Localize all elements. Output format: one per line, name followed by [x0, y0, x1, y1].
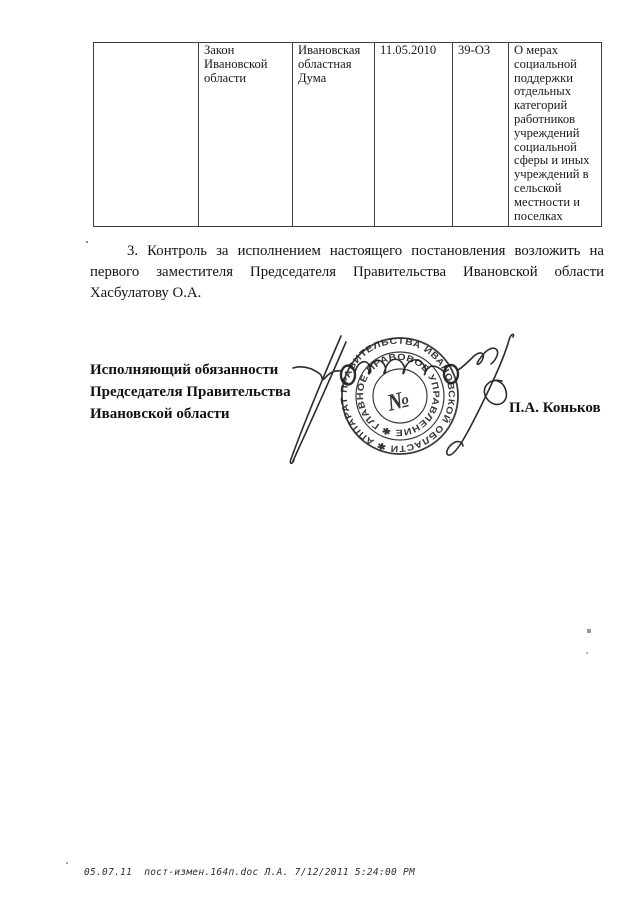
- scanned-document-page: Закон Ивановской области Ивановская обла…: [0, 0, 640, 905]
- scan-speck: [587, 629, 591, 633]
- signature-oval-left: [341, 366, 355, 385]
- footer-file-info: 05.07.11 пост-измен.164п.doc Л.А. 7/12/2…: [84, 867, 415, 878]
- signature-tail-stroke: [458, 348, 498, 370]
- signature-sliver-stroke-2: [293, 342, 346, 461]
- signature-oval-right: [444, 365, 458, 383]
- signature-humps-stroke: [355, 359, 443, 374]
- scan-speck: [86, 241, 88, 243]
- handwritten-signature: [0, 0, 640, 905]
- scan-speck: [586, 652, 588, 654]
- scan-speck: [66, 862, 68, 864]
- signatory-name: П.А. Коньков: [509, 400, 601, 417]
- signature-sliver-stroke: [290, 336, 341, 463]
